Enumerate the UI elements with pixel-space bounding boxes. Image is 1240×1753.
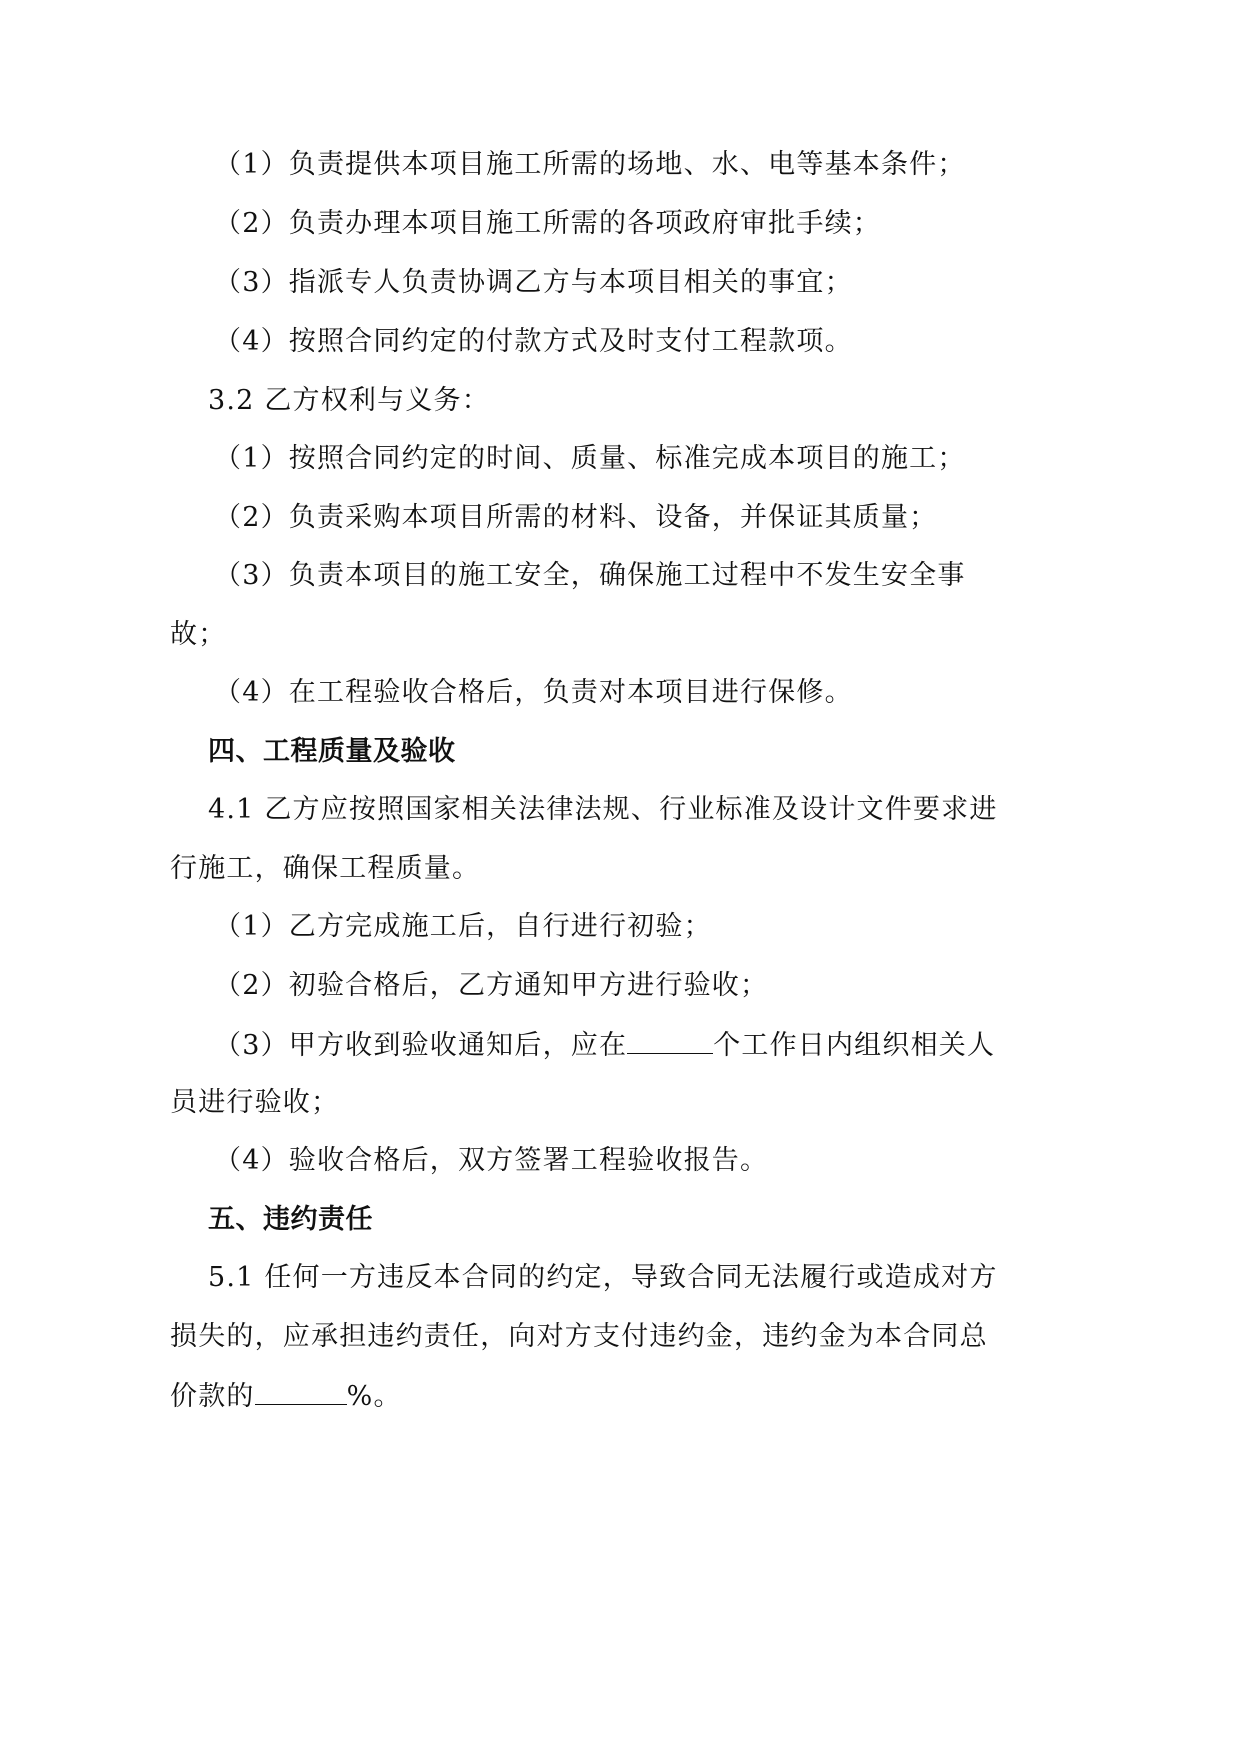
party-a-duty-4: （4）按照合同约定的付款方式及时支付工程款项。: [214, 325, 853, 359]
acceptance-step-1: （1）乙方完成施工后，自行进行初验；: [214, 910, 712, 944]
clause-4-1-line2: 行施工，确保工程质量。: [170, 852, 480, 886]
party-b-duty-4: （4）在工程验收合格后，负责对本项目进行保修。: [214, 676, 853, 710]
party-a-duty-3: （3）指派专人负责协调乙方与本项目相关的事宜；: [214, 266, 853, 300]
acceptance-step-3: （3）甲方收到验收通知后，应在个工作日内组织相关人: [214, 1027, 995, 1063]
clause-5-1-line3-text: 价款的: [170, 1381, 255, 1412]
party-b-duty-3-cont: 故；: [170, 618, 226, 652]
acceptance-step-3-text: （3）甲方收到验收通知后，应在: [214, 1030, 627, 1061]
party-a-duty-1: （1）负责提供本项目施工所需的场地、水、电等基本条件；: [214, 148, 966, 182]
days-blank-field: [627, 1027, 713, 1054]
party-a-duty-2: （2）负责办理本项目施工所需的各项政府审批手续；: [214, 207, 881, 241]
clause-5-1-line1: 5.1 任何一方违反本合同的约定，导致合同无法履行或造成对方: [208, 1261, 998, 1295]
party-b-duty-3: （3）负责本项目的施工安全，确保施工过程中不发生安全事: [214, 559, 966, 593]
clause-5-1-line3: 价款的%。: [170, 1378, 402, 1414]
clause-5-1-line2: 损失的，应承担违约责任，向对方支付违约金，违约金为本合同总: [170, 1320, 988, 1354]
clause-5-1-line3-text-after: %。: [347, 1381, 402, 1412]
clause-4-1-line1: 4.1 乙方应按照国家相关法律法规、行业标准及设计文件要求进: [208, 793, 998, 827]
section-4-heading: 四、工程质量及验收: [208, 735, 456, 769]
penalty-percent-blank-field: [255, 1378, 347, 1405]
section-3-2-title: 3.2 乙方权利与义务：: [208, 384, 490, 418]
party-b-duty-1: （1）按照合同约定的时间、质量、标准完成本项目的施工；: [214, 442, 966, 476]
acceptance-step-2: （2）初验合格后，乙方通知甲方进行验收；: [214, 969, 768, 1003]
acceptance-step-4: （4）验收合格后，双方签署工程验收报告。: [214, 1144, 768, 1178]
acceptance-step-3-cont: 员进行验收；: [170, 1086, 339, 1120]
acceptance-step-3-text-after: 个工作日内组织相关人: [713, 1030, 995, 1061]
section-5-heading: 五、违约责任: [208, 1203, 373, 1237]
document-page: （1）负责提供本项目施工所需的场地、水、电等基本条件； （2）负责办理本项目施工…: [0, 0, 1240, 1753]
party-b-duty-2: （2）负责采购本项目所需的材料、设备，并保证其质量；: [214, 501, 937, 535]
